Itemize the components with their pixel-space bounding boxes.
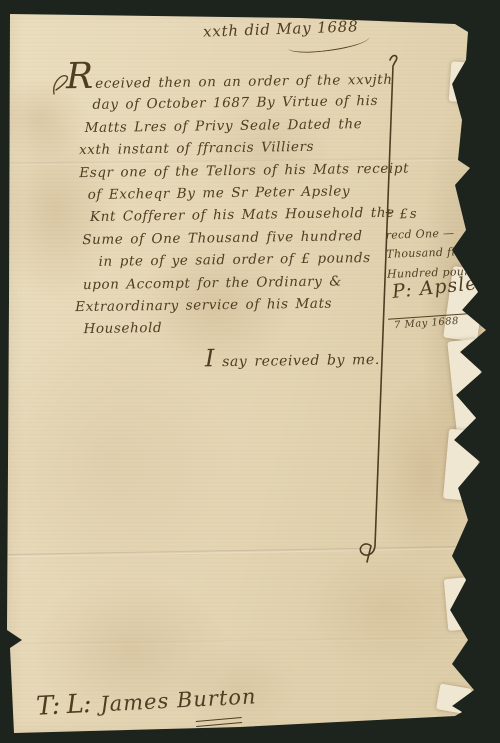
- manuscript-page: xxth did May 1688 Received then on an or…: [0, 0, 500, 743]
- signature-underline: [196, 717, 242, 727]
- torn-edge-flap: [447, 339, 486, 434]
- signature-name: James Burton: [100, 684, 257, 716]
- torn-edge-flap: [449, 61, 474, 102]
- margin-note: † £s recd One — Thousand five Hundred po…: [385, 202, 492, 284]
- photo-background: xxth did May 1688 Received then on an or…: [0, 0, 500, 743]
- margin-amount-line: recd One —: [385, 222, 490, 245]
- fold-crease: [8, 546, 470, 557]
- signature-prefix: T: L:: [35, 689, 91, 722]
- torn-edge-flap: [443, 429, 481, 502]
- margin-amount-line: Thousand five: [386, 241, 491, 264]
- torn-edge-flap: [444, 577, 474, 631]
- torn-edge-flap: [436, 683, 472, 714]
- currency-marks: † £s: [385, 202, 490, 225]
- footer-signature: T: L: James Burton: [35, 680, 257, 721]
- fold-crease: [8, 637, 470, 646]
